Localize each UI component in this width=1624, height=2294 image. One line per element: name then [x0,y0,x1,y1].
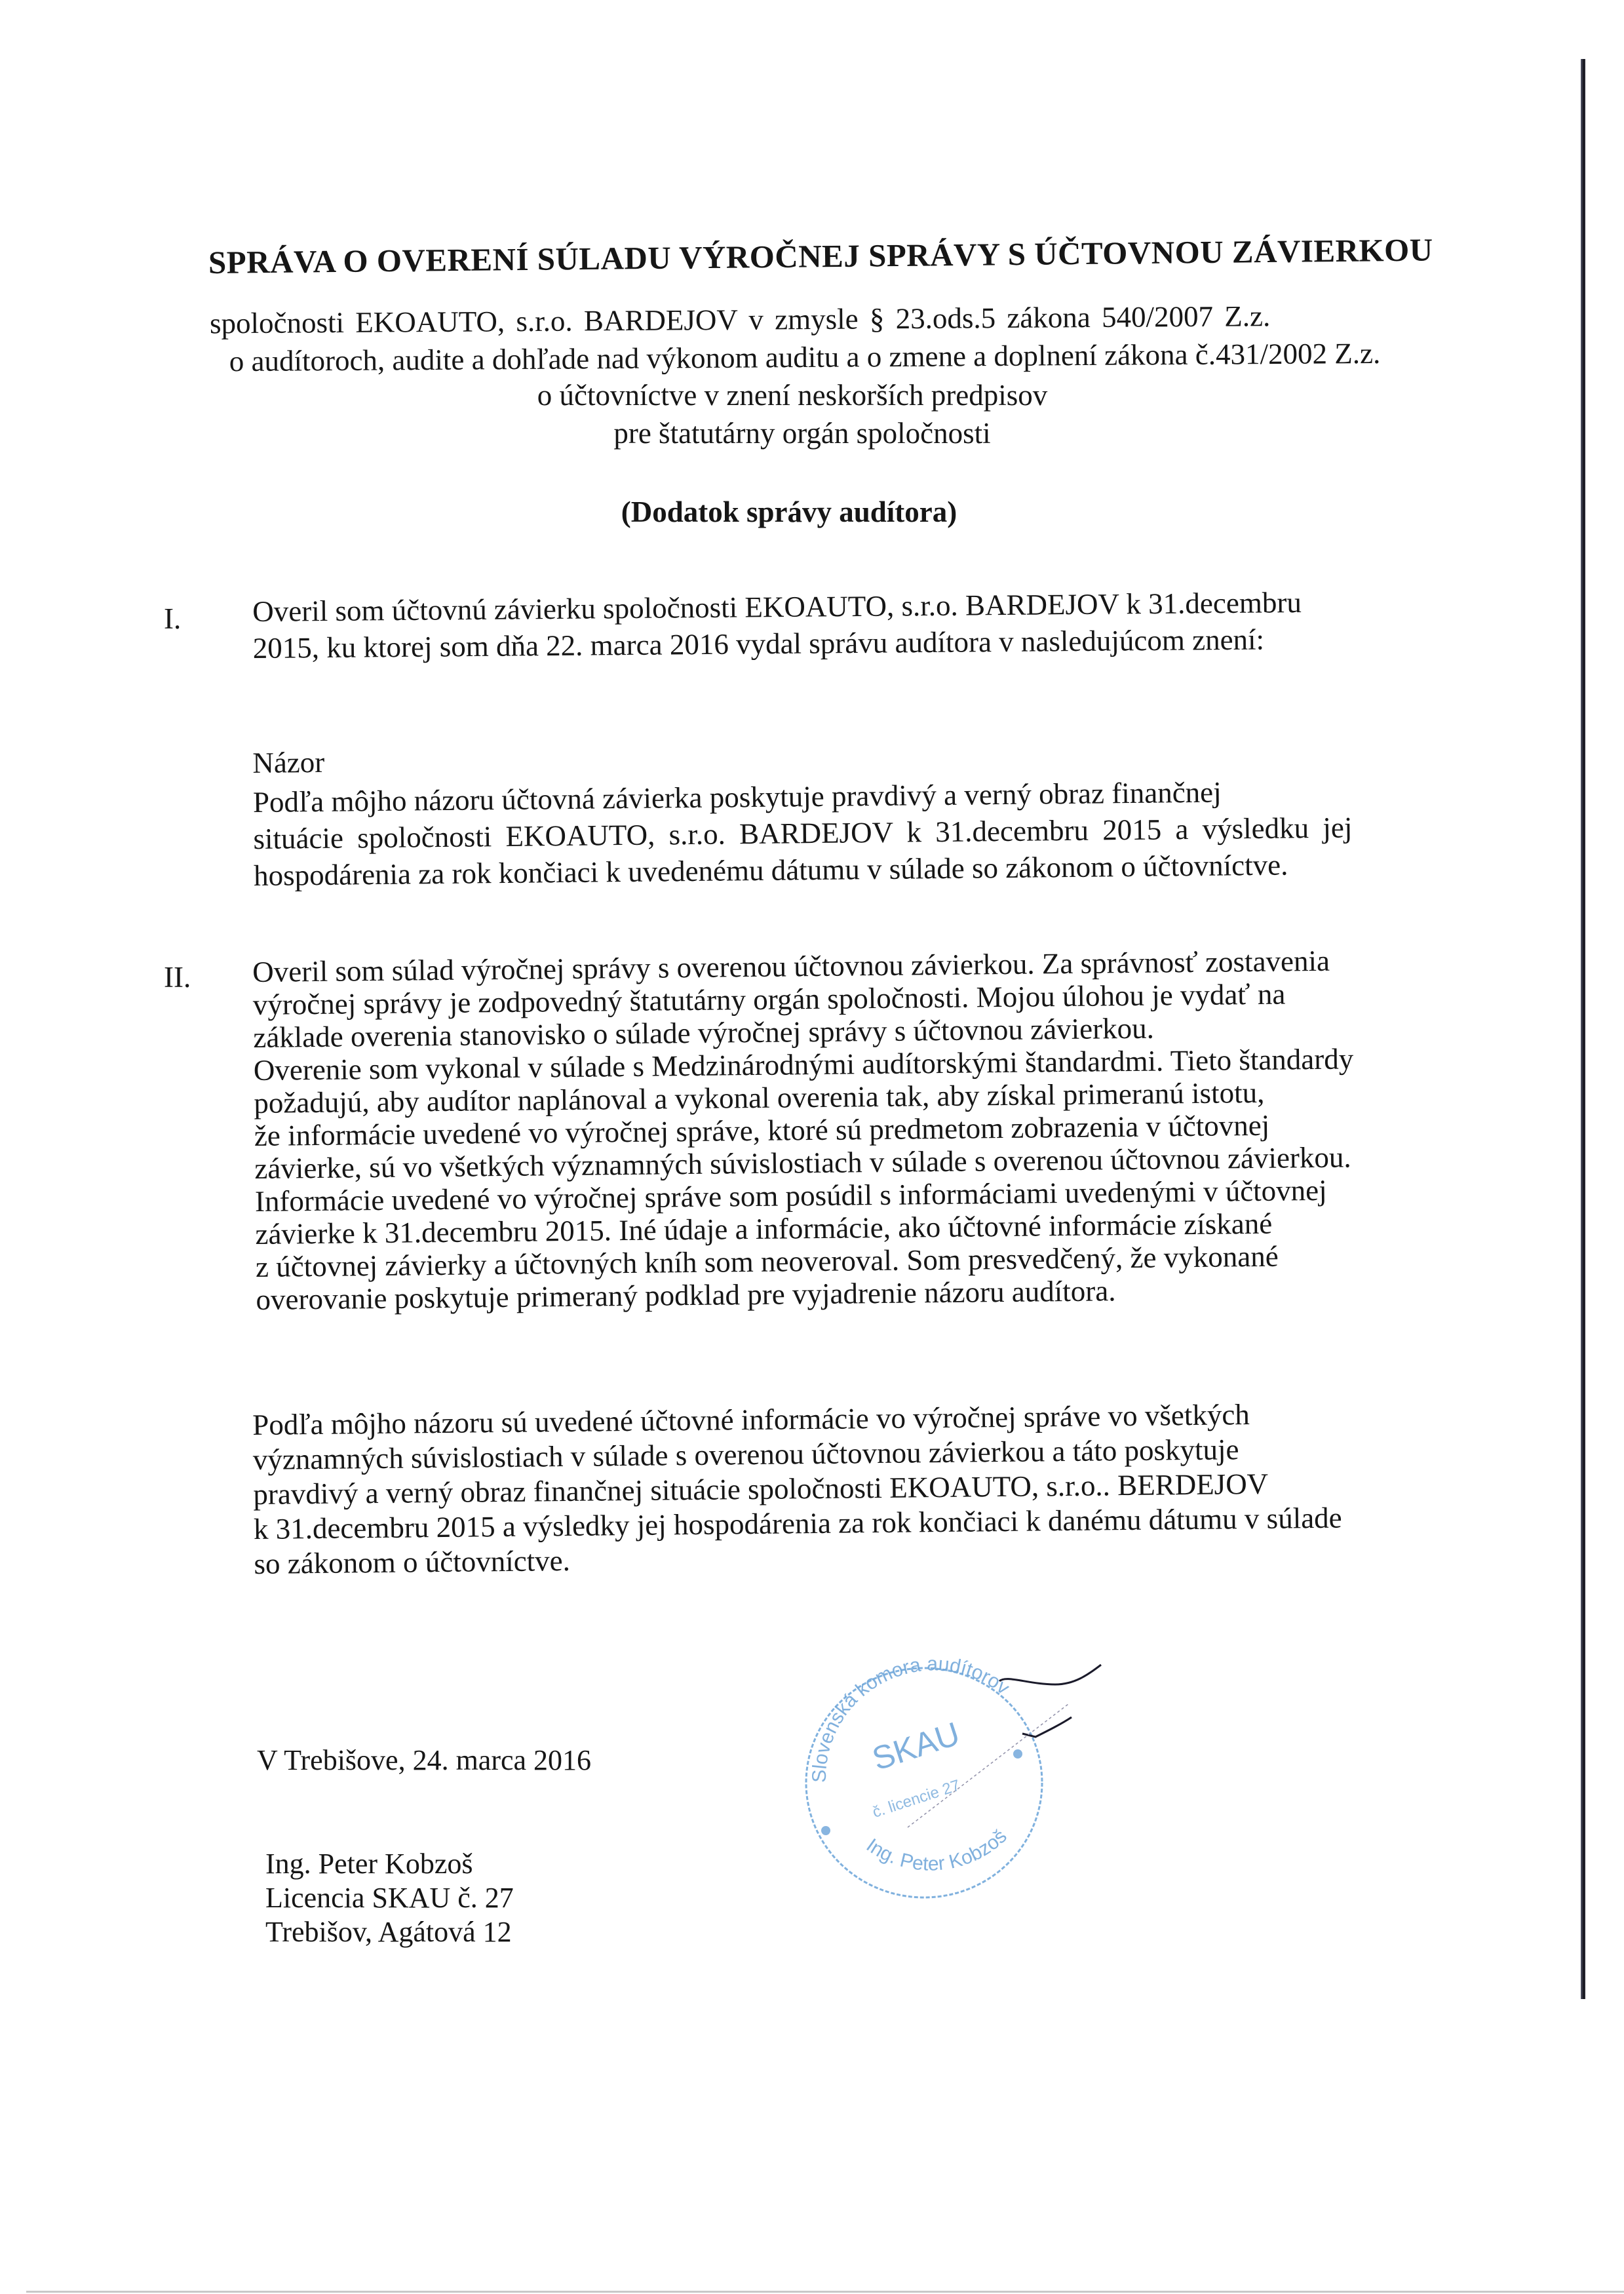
stamp-dot-icon [1013,1749,1022,1759]
section-1-numeral: I. [164,602,181,636]
auditor-address: Trebišov, Agátová 12 [265,1915,514,1949]
stamp-dot-icon [821,1826,830,1835]
place-date: V Trebišove, 24. marca 2016 [257,1743,591,1777]
stamp-center-text: SKAU [868,1715,964,1778]
auditor-name: Ing. Peter Kobzoš [265,1847,514,1881]
opinion-block: Názor Podľa môjho názoru účtovná závierk… [252,732,1427,894]
auditor-license: Licencia SKAU č. 27 [265,1881,514,1915]
auditor-stamp: Slovenská komora audítorov Ing. Peter Ko… [780,1632,1147,1907]
document-subtitle: (Dodatok správy audítora) [0,495,1601,529]
signature-stroke [999,1665,1101,1684]
stamp-license-text: č. licencie 27 [870,1776,962,1821]
signature-block: Ing. Peter Kobzoš Licencia SKAU č. 27 Tr… [265,1847,514,1949]
conclusion-block: Podľa môjho názoru sú uvedené účtovné in… [252,1395,1427,1582]
section-2-numeral: II. [164,960,191,994]
intro-block: spoločnosti EKOAUTO, s.r.o. BARDEJOV v z… [0,300,1624,452]
intro-line: pre štatutárny orgán spoločnosti [0,414,1624,452]
section-1-text: Overil som účtovnú závierku spoločnosti … [252,583,1426,667]
document-title: SPRÁVA O OVERENÍ SÚLADU VÝROČNEJ SPRÁVY … [208,231,1433,281]
intro-line: o účtovníctve v znení neskorších predpis… [0,376,1624,414]
scan-edge-line-bottom [26,2291,1624,2293]
section-2-text: Overil som súlad výročnej správy s overe… [252,943,1429,1316]
stamp-outer-bottom-text: Ing. Peter Kobzoš [862,1825,1011,1875]
